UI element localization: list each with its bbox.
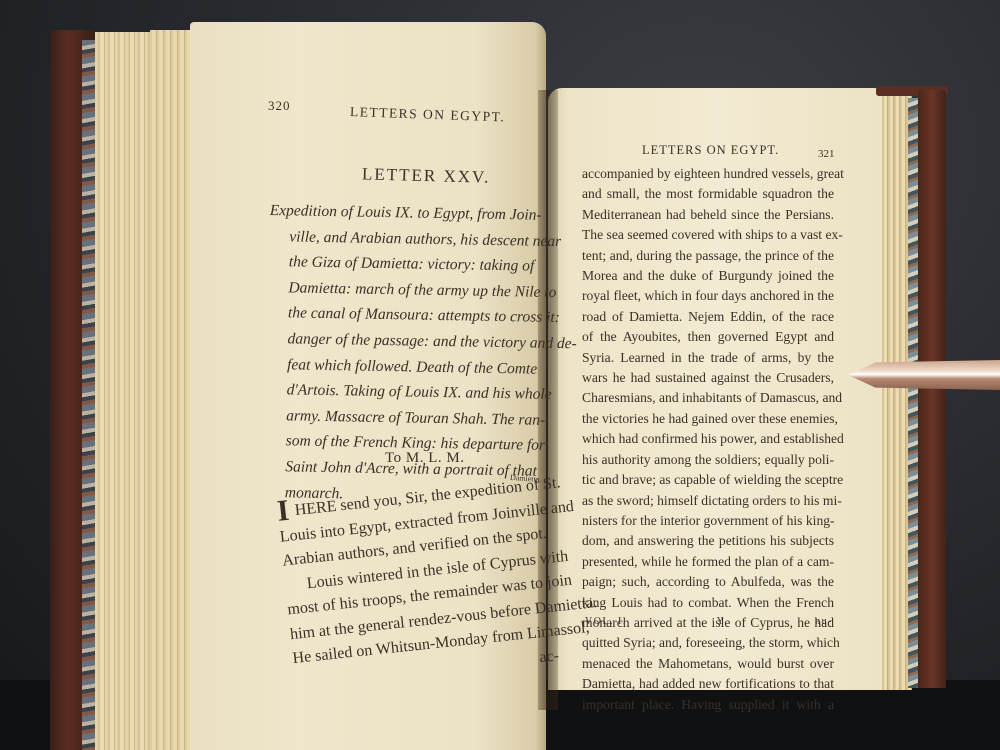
body-line: important place. Having supplied it with… bbox=[582, 695, 834, 715]
body-line: Morea and the duke of Burgundy joined th… bbox=[582, 266, 834, 286]
volume-mark: VOL. I. bbox=[585, 616, 627, 627]
body-line: dom, and answering the petitions his sub… bbox=[582, 531, 834, 551]
body-line: tent; and, during the passage, the princ… bbox=[582, 246, 834, 266]
body-line: of the Ayoubites, then governed Egypt an… bbox=[582, 327, 834, 347]
body-line: wars he had sustained against the Crusad… bbox=[582, 368, 834, 388]
drop-cap: I bbox=[275, 494, 290, 528]
body-line: Damietta, had added new fortifications t… bbox=[582, 674, 834, 694]
right-page-footer: VOL. I. Y nu- bbox=[585, 616, 833, 627]
body-line: The sea seemed covered with ships to a v… bbox=[582, 225, 834, 245]
body-line: menaced the Mahometans, would burst over bbox=[582, 654, 834, 674]
body-line: king Louis had to combat. When the Frenc… bbox=[582, 593, 834, 613]
right-page-number: 321 bbox=[818, 148, 835, 160]
letter-heading: LETTER XXV. bbox=[362, 164, 491, 187]
body-line: road of Damietta. Nejem Eddin, of the ra… bbox=[582, 307, 834, 327]
body-line: nisters for the interior government of h… bbox=[582, 511, 834, 531]
body-line: Charesmians, and inhabitants of Damascus… bbox=[582, 388, 834, 408]
body-line: presented, while he formed the plan of a… bbox=[582, 552, 834, 572]
right-body-text: accompanied by eighteen hundred vessels,… bbox=[582, 164, 834, 715]
body-line: which had confirmed his power, and estab… bbox=[582, 429, 834, 449]
body-line: his authority among the soldiers; equall… bbox=[582, 450, 834, 470]
body-line: quitted Syria; and, foreseeing, the stor… bbox=[582, 633, 834, 653]
body-line: Mediterranean had beheld since the Persi… bbox=[582, 205, 834, 225]
body-line: Syria. Learned in the trade of arms, by … bbox=[582, 348, 834, 368]
left-page-number: 320 bbox=[268, 98, 291, 114]
body-line: the victories he had gained over these e… bbox=[582, 409, 834, 429]
body-line: as the sword; himself dictating orders t… bbox=[582, 491, 834, 511]
body-line: paign; such, according to Abulfeda, was … bbox=[582, 572, 834, 592]
right-leather-cover bbox=[918, 90, 946, 688]
body-line: accompanied by eighteen hundred vessels,… bbox=[582, 164, 834, 184]
body-line: royal fleet, which in four days anchored… bbox=[582, 286, 834, 306]
left-body-text: I HERE send you, Sir, the expedition of … bbox=[276, 472, 560, 696]
signature-mark: Y bbox=[717, 616, 726, 627]
left-marbled-endpaper bbox=[82, 40, 96, 750]
right-running-head: LETTERS ON EGYPT. bbox=[642, 143, 779, 158]
addressee: To M. L. M. bbox=[385, 450, 464, 467]
left-page-block-edge-inner bbox=[150, 30, 195, 750]
body-line: and small, the most formidable squadron … bbox=[582, 184, 834, 204]
catchword: nu- bbox=[815, 616, 833, 627]
body-line: tic and brave; as capable of wielding th… bbox=[582, 470, 834, 490]
